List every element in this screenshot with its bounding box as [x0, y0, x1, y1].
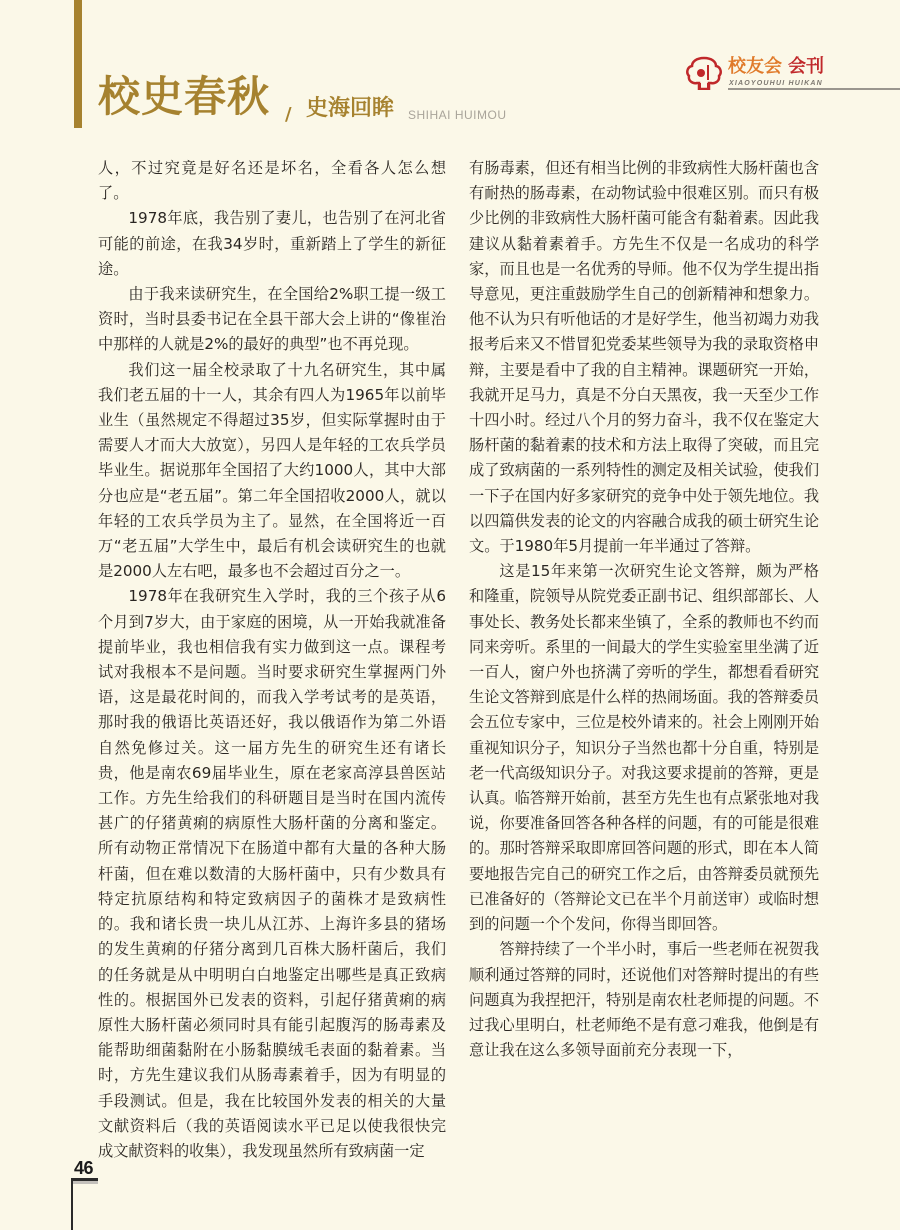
article-column-right: 有肠毒素，但还有相当比例的非致病性大肠杆菌也含有耐热的肠毒素，在动物试验中很难区…	[469, 156, 819, 1063]
magazine-name-b: 会刊	[788, 56, 824, 77]
paragraph: 人，不过究竟是好名还是坏名，全看各人怎么想了。	[98, 156, 446, 206]
paragraph: 这是15年来第一次研究生论文答辩，颇为严格和隆重，院领导从院党委正副书记、组织部…	[469, 559, 819, 937]
paragraph: 有肠毒素，但还有相当比例的非致病性大肠杆菌也含有耐热的肠毒素，在动物试验中很难区…	[469, 156, 819, 559]
footer-rule-shadow	[73, 1181, 98, 1184]
footer-vertical-bar	[71, 1178, 73, 1230]
magazine-name-a: 校友会	[728, 56, 782, 77]
paragraph: 1978年在我研究生入学时，我的三个孩子从6个月到7岁大，由于家庭的困境，从一开…	[98, 584, 446, 1164]
page-number: 46	[74, 1158, 93, 1179]
section-subtitle: 史海回眸	[306, 98, 394, 120]
section-subtitle-en: SHIHAI HUIMOU	[408, 108, 507, 122]
tree-emblem-icon	[684, 56, 724, 90]
paragraph: 由于我来读研究生，在全国给2%职工提一级工资时，当时县委书记在全县干部大会上讲的…	[98, 282, 446, 358]
magazine-name: 校友会会刊	[728, 58, 824, 76]
paragraph: 答辩持续了一个半小时，事后一些老师在祝贺我顺利通过答辩的同时，还说他们对答辩时提…	[469, 937, 819, 1063]
title-separator: /	[285, 104, 292, 125]
paragraph: 我们这一届全校录取了十九名研究生，其中属我们老五届的十一人，其余有四人为1965…	[98, 358, 446, 585]
header-rule	[728, 88, 900, 90]
paragraph: 1978年底，我告别了妻儿，也告别了在河北省可能的前途，在我34岁时，重新踏上了…	[98, 206, 446, 282]
magazine-name-en: XIAOYOUHUI HUIKAN	[729, 80, 823, 87]
article-column-left: 人，不过究竟是好名还是坏名，全看各人怎么想了。 1978年底，我告别了妻儿，也告…	[98, 156, 446, 1164]
section-accent-bar	[74, 0, 82, 128]
section-title: 校史春秋	[98, 76, 270, 118]
